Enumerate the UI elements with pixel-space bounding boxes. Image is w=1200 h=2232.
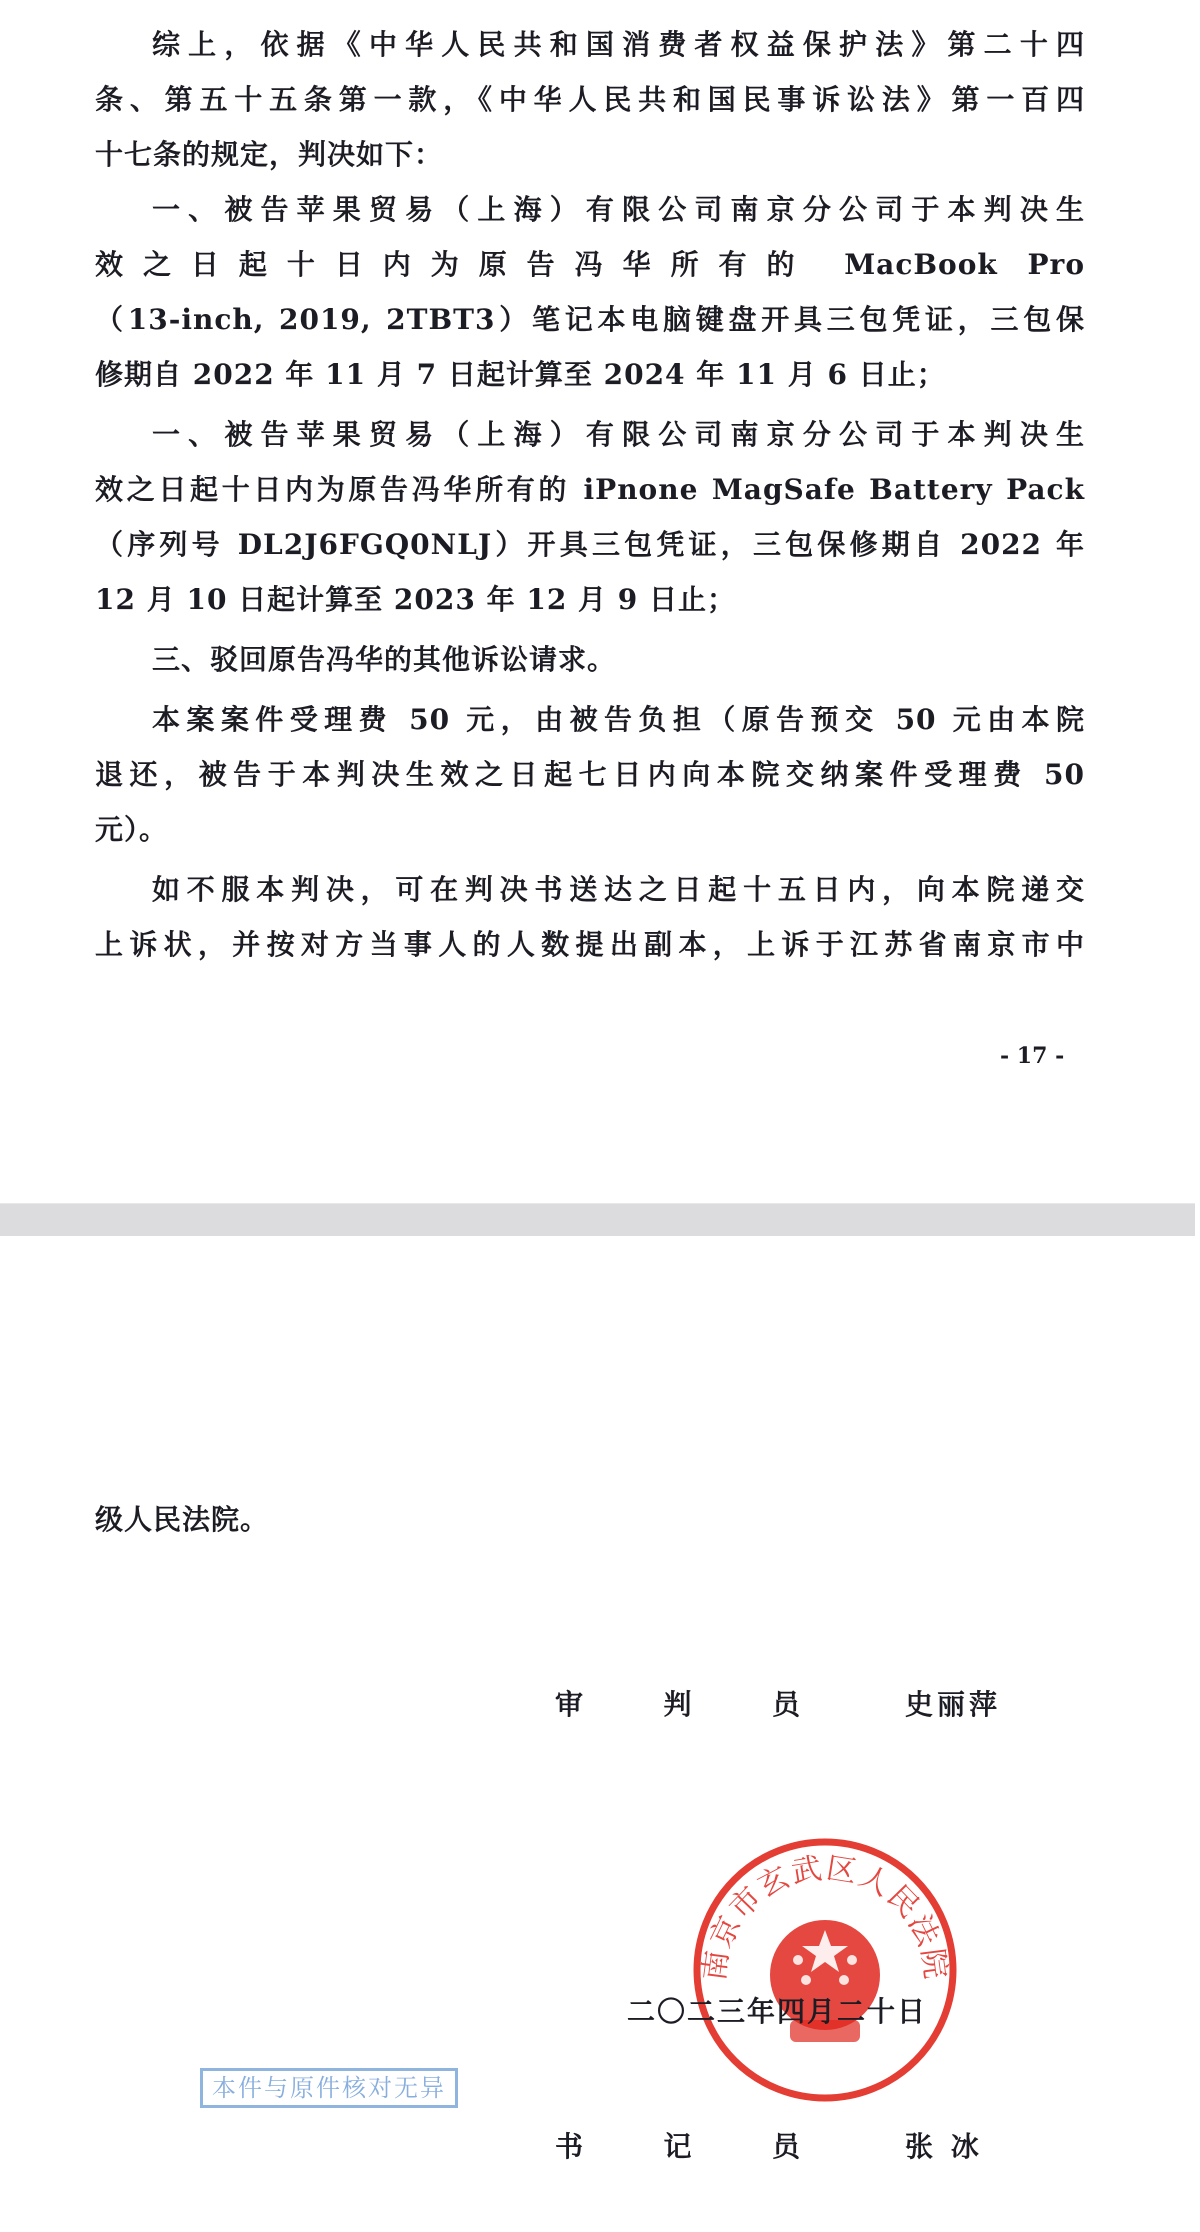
text-line: 退还，被告于本判决生效之日起七日内向本院交纳案件受理费 50: [95, 755, 1085, 795]
court-seal-icon: 南京市玄武区人民法院: [690, 1835, 960, 2105]
clerk-role-label: 书 记 员: [555, 2125, 800, 2165]
text-line: （13-inch, 2019, 2TBT3）笔记本电脑键盘开具三包凭证，三包保: [95, 300, 1085, 340]
text-line: 三、驳回原告冯华的其他诉讼请求。: [152, 640, 616, 680]
text-line: 条、第五十五条第一款，《中华人民共和国民事诉讼法》第一百四: [95, 80, 1085, 120]
text-line: 效之日起十日内为原告冯华所有的 MacBook Pro: [95, 245, 1085, 285]
page-separator: [0, 1203, 1195, 1237]
text-line: 元）。: [95, 810, 168, 850]
document-page-18: [0, 1236, 1200, 2232]
text-line: 综上，依据《中华人民共和国消费者权益保护法》第二十四: [152, 25, 1085, 65]
judgment-date: 二〇二三年四月二十日: [627, 1990, 927, 2030]
text-line: 十七条的规定，判决如下：: [95, 135, 443, 175]
continuation-line: 级人民法院。: [95, 1500, 269, 1540]
text-line: 一、被告苹果贸易（上海）有限公司南京分公司于本判决生: [152, 190, 1085, 230]
judge-role-label: 审 判 员: [555, 1683, 800, 1723]
text-line: 效之日起十日内为原告冯华所有的 iPnone MagSafe Battery P…: [95, 470, 1085, 510]
clerk-name: 张 冰: [905, 2125, 983, 2165]
text-line: 修期自 2022 年 11 月 7 日起计算至 2024 年 11 月 6 日止…: [95, 355, 946, 395]
text-line: 一、被告苹果贸易（上海）有限公司南京分公司于本判决生: [152, 415, 1085, 455]
judge-signature: 审 判 员 史丽萍: [555, 1683, 1025, 1723]
text-line: （序列号 DL2J6FGQ0NLJ）开具三包凭证，三包保修期自 2022 年: [95, 525, 1085, 565]
text-line: 本案案件受理费 50 元，由被告负担（原告预交 50 元由本院: [152, 700, 1085, 740]
document-page-17: 综上，依据《中华人民共和国消费者权益保护法》第二十四 条、第五十五条第一款，《中…: [0, 0, 1200, 1203]
copy-verified-stamp: 本件与原件核对无异: [200, 2068, 458, 2108]
clerk-signature: 书 记 员 张 冰: [555, 2125, 1025, 2165]
page-number: - 17 -: [1000, 1043, 1064, 1069]
text-line: 12 月 10 日起计算至 2023 年 12 月 9 日止；: [95, 580, 736, 620]
text-line: 上诉状，并按对方当事人的人数提出副本，上诉于江苏省南京市中: [95, 925, 1085, 965]
judge-name: 史丽萍: [905, 1683, 1001, 1723]
text-line: 如不服本判决，可在判决书送达之日起十五日内，向本院递交: [152, 870, 1085, 910]
